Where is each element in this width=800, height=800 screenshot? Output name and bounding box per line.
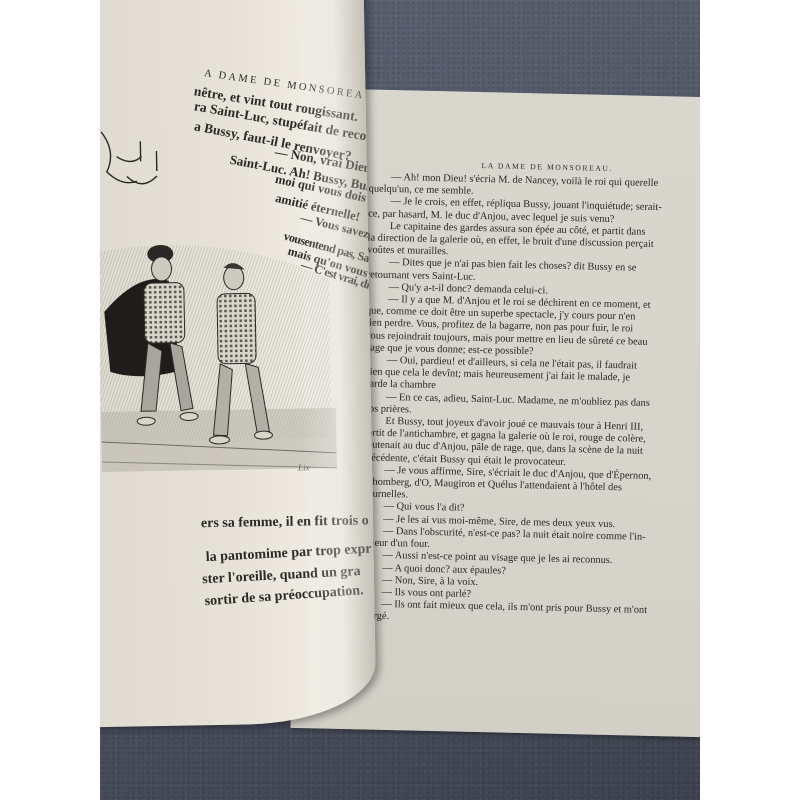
left-line: ers sa femme, il en fit trois o: [201, 513, 369, 532]
left-line: ster l'oreille, quand un gra: [202, 564, 361, 588]
text-block: — Ah! mon Dieu! s'écria M. de Nancey, vo…: [363, 172, 700, 631]
left-line: mais qu'on vous regarde: [286, 244, 376, 293]
left-line: — C'est vrai, dit celui-ci: [299, 257, 377, 303]
left-line: — Vous savez qu'on: [299, 210, 377, 249]
left-line: sortir de sa préoccupation.: [204, 583, 364, 610]
left-page: A DAME DE MONSOREAU. nêtre, et vint tout…: [100, 0, 376, 728]
left-line: la pantomime par trop expr: [205, 542, 372, 567]
chandelier-icon: [101, 131, 157, 184]
svg-text:Lix: Lix: [297, 462, 310, 472]
engraving-illustration: Lix: [100, 108, 337, 497]
book-photo: LA DAME DE MONSOREAU. 61 — Ah! mon Dieu!…: [100, 0, 700, 800]
right-page-text: LA DAME DE MONSOREAU. 61 — Ah! mon Dieu!…: [373, 158, 700, 166]
